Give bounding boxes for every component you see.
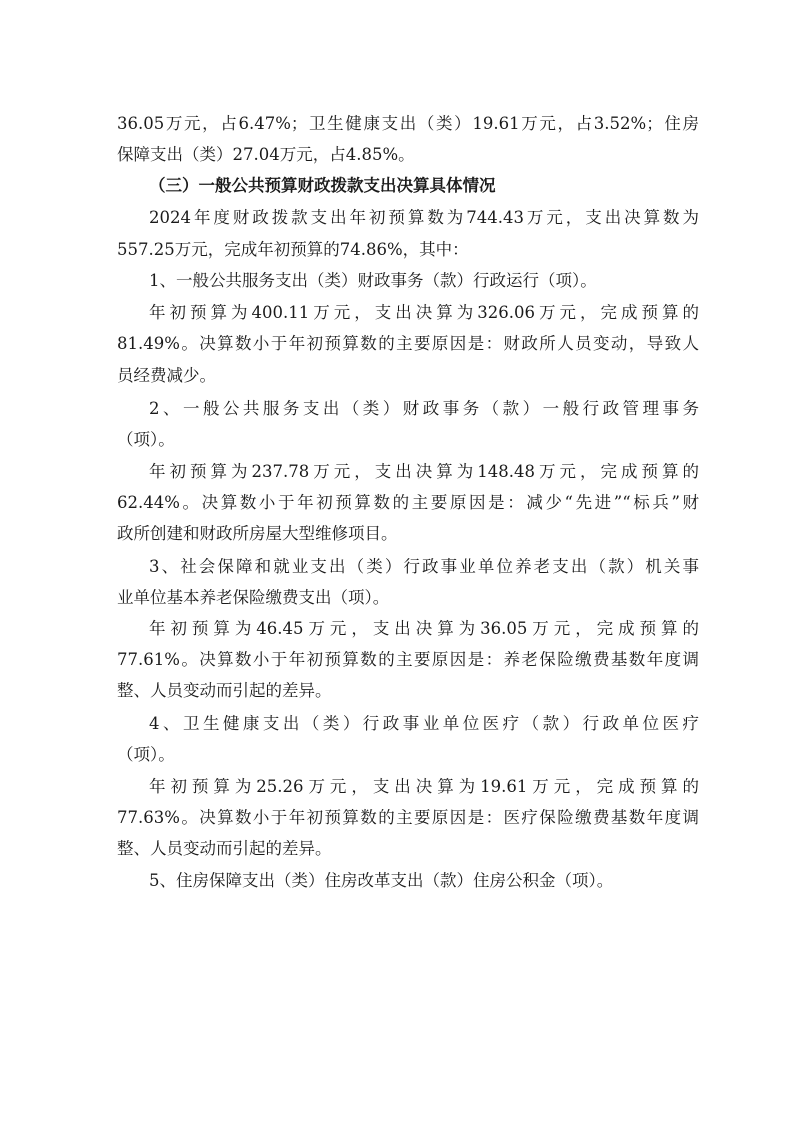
paragraph-line: 年初预算为400.11万元，支出决算为326.06万元，完成预算的 [149,303,699,323]
item-title: （项）。 [117,745,699,765]
item-title: （项）。 [117,430,699,450]
paragraph-line: 整、人员变动而引起的差异。 [117,839,699,859]
paragraph-line: 2024年度财政拨款支出年初预算数为744.43万元，支出决算数为 [149,208,699,228]
paragraph-line: 77.63%。决算数小于年初预算数的主要原因是：医疗保险缴费基数年度调 [117,808,699,828]
item-title: 3、社会保障和就业支出（类）行政事业单位养老支出（款）机关事 [149,557,699,577]
paragraph-line: 整、人员变动而引起的差异。 [117,681,699,701]
item-title: 1、一般公共服务支出（类）财政事务（款）行政运行（项）。 [149,271,699,291]
item-title: 5、住房保障支出（类）住房改革支出（款）住房公积金（项）。 [149,871,699,891]
section-heading: （三）一般公共预算财政拨款支出决算具体情况 [149,176,699,196]
paragraph-line: 政所创建和财政所房屋大型维修项目。 [117,524,699,544]
item-title: 业单位基本养老保险缴费支出（项）。 [117,588,699,608]
paragraph-line: 77.61%。决算数小于年初预算数的主要原因是：养老保险缴费基数年度调 [117,650,699,670]
paragraph-line: 保障支出（类）27.04万元，占4.85%。 [117,145,699,165]
item-title: 2、一般公共服务支出（类）财政事务（款）一般行政管理事务 [149,399,699,419]
paragraph-line: 62.44%。决算数小于年初预算数的主要原因是：减少“先进”“标兵”财 [117,493,699,513]
paragraph-line: 年初预算为46.45万元，支出决算为36.05万元，完成预算的 [149,619,699,639]
paragraph-line: 年初预算为25.26万元，支出决算为19.61万元，完成预算的 [149,777,699,797]
paragraph-line: 81.49%。决算数小于年初预算数的主要原因是：财政所人员变动，导致人 [117,334,699,354]
paragraph-line: 36.05万元，占6.47%；卫生健康支出（类）19.61万元，占3.52%；住… [117,114,699,134]
paragraph-line: 557.25万元，完成年初预算的74.86%，其中： [117,240,699,260]
paragraph-line: 员经费减少。 [117,366,699,386]
item-title: 4、卫生健康支出（类）行政事业单位医疗（款）行政单位医疗 [149,714,699,734]
paragraph-line: 年初预算为237.78万元，支出决算为148.48万元，完成预算的 [149,462,699,482]
